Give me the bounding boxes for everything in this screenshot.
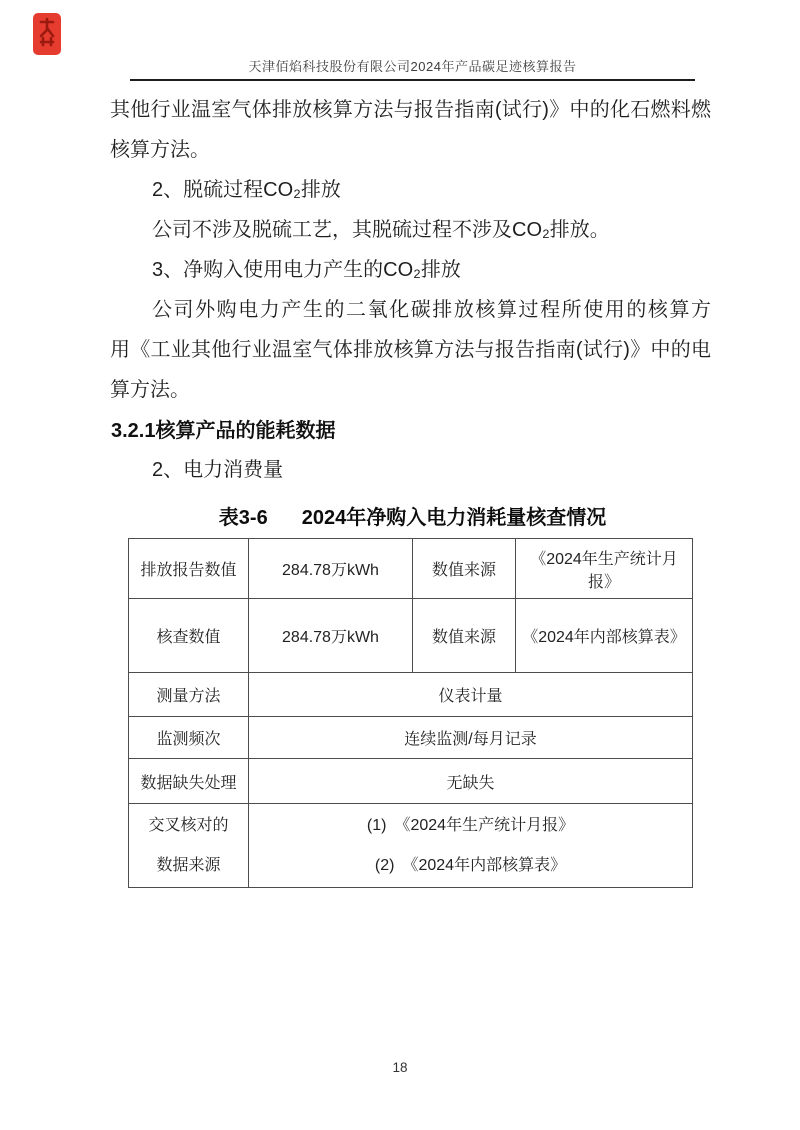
cell-label-line: 交叉核对的 bbox=[133, 806, 244, 846]
cell-label: 核查数值 bbox=[129, 599, 249, 673]
body-line: 核算方法。 bbox=[110, 130, 711, 170]
header-divider bbox=[130, 79, 695, 81]
cell-source: 《2024年内部核算表》 bbox=[516, 599, 693, 673]
body-line: 用《工业其他行业温室气体排放核算方法与报告指南(试行)》中的电力的核 bbox=[110, 330, 711, 370]
cell-value: 仪表计量 bbox=[249, 673, 693, 717]
table-caption-label: 表3-6 bbox=[219, 498, 268, 538]
cell-value-line: (1) 《2024年生产统计月报》 bbox=[253, 806, 688, 846]
cell-label: 交叉核对的 数据来源 bbox=[129, 804, 249, 888]
body-line: 公司外购电力产生的二氧化碳排放核算过程所使用的核算方法，采 bbox=[110, 290, 711, 330]
body-line: 2、脱硫过程CO₂排放 bbox=[110, 170, 711, 210]
body-text: 其他行业温室气体排放核算方法与报告指南(试行)》中的化石燃料燃烧的 核算方法。 … bbox=[110, 90, 711, 410]
cell-source: 《2024年生产统计月报》 bbox=[516, 539, 693, 599]
report-header-title: 天津佰焰科技股份有限公司2024年产品碳足迹核算报告 bbox=[130, 55, 695, 79]
cell-value: 284.78万kWh bbox=[249, 539, 413, 599]
cell-label: 数值来源 bbox=[413, 599, 516, 673]
red-stamp-logo bbox=[33, 13, 61, 55]
cell-label: 排放报告数值 bbox=[129, 539, 249, 599]
section-heading: 3.2.1核算产品的能耗数据 bbox=[111, 411, 711, 451]
cell-label: 监测频次 bbox=[129, 717, 249, 759]
list-item-electricity: 2、电力消费量 bbox=[152, 450, 692, 490]
cell-value: 无缺失 bbox=[249, 759, 693, 804]
cell-value: (1) 《2024年生产统计月报》 (2) 《2024年内部核算表》 bbox=[249, 804, 693, 888]
body-line: 算方法。 bbox=[110, 370, 711, 410]
page-number: 18 bbox=[0, 1058, 800, 1078]
cell-value: 284.78万kWh bbox=[249, 599, 413, 673]
table-row: 数据缺失处理 无缺失 bbox=[129, 759, 693, 804]
table-row: 核查数值 284.78万kWh 数值来源 《2024年内部核算表》 bbox=[129, 599, 693, 673]
stamp-seal-icon bbox=[37, 16, 57, 53]
verification-table: 排放报告数值 284.78万kWh 数值来源 《2024年生产统计月报》 核查数… bbox=[128, 538, 693, 888]
table-row: 交叉核对的 数据来源 (1) 《2024年生产统计月报》 (2) 《2024年内… bbox=[129, 804, 693, 888]
cell-value: 连续监测/每月记录 bbox=[249, 717, 693, 759]
table-caption-title: 2024年净购入电力消耗量核查情况 bbox=[302, 498, 607, 538]
body-line: 其他行业温室气体排放核算方法与报告指南(试行)》中的化石燃料燃烧的 bbox=[110, 90, 711, 130]
body-line: 公司不涉及脱硫工艺，其脱硫过程不涉及CO₂排放。 bbox=[110, 210, 711, 250]
body-line: 3、净购入使用电力产生的CO₂排放 bbox=[110, 250, 711, 290]
cell-label: 数据缺失处理 bbox=[129, 759, 249, 804]
table-row: 监测频次 连续监测/每月记录 bbox=[129, 717, 693, 759]
cell-label-line: 数据来源 bbox=[133, 846, 244, 886]
document-page: 天津佰焰科技股份有限公司2024年产品碳足迹核算报告 其他行业温室气体排放核算方… bbox=[0, 0, 800, 1130]
table-row: 测量方法 仪表计量 bbox=[129, 673, 693, 717]
cell-label: 测量方法 bbox=[129, 673, 249, 717]
cell-label: 数值来源 bbox=[413, 539, 516, 599]
table-caption: 表3-6 2024年净购入电力消耗量核查情况 bbox=[130, 498, 695, 538]
cell-value-line: (2) 《2024年内部核算表》 bbox=[253, 846, 688, 886]
table-row: 排放报告数值 284.78万kWh 数值来源 《2024年生产统计月报》 bbox=[129, 539, 693, 599]
